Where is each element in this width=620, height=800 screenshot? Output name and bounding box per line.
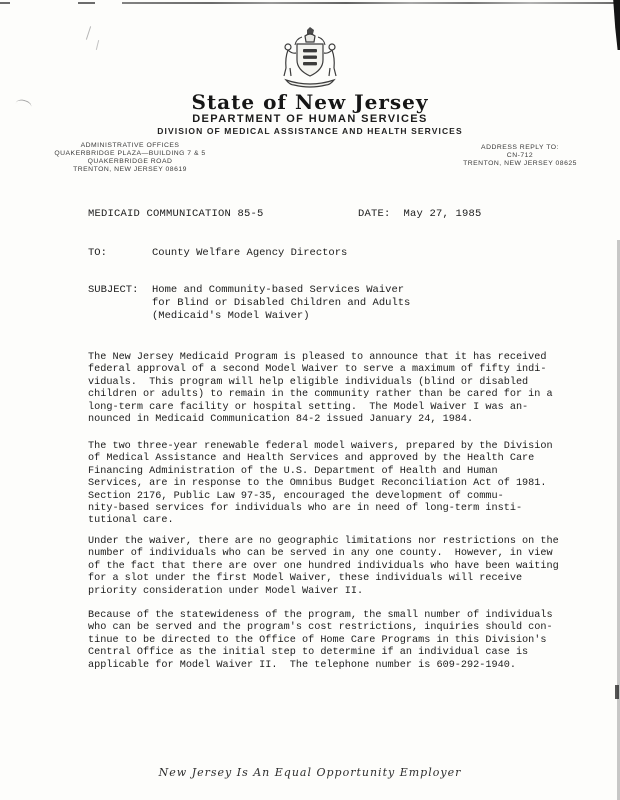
body-paragraph: The New Jersey Medicaid Program is pleas…: [88, 352, 574, 426]
scan-artifact-dash: [78, 2, 95, 4]
department-name: DEPARTMENT OF HUMAN SERVICES: [0, 113, 620, 125]
reply-address: ADDRESS REPLY TO: CN-712 TRENTON, NEW JE…: [428, 144, 612, 168]
scan-artifact-slash: [96, 40, 99, 50]
communication-number: MEDICAID COMMUNICATION 85-5: [88, 208, 264, 220]
date-line: DATE: May 27, 1985: [358, 208, 482, 220]
division-name: DIVISION OF MEDICAL ASSISTANCE AND HEALT…: [0, 126, 620, 136]
new-jersey-state-seal-icon: [260, 24, 360, 94]
to-value: County Welfare Agency Directors: [152, 247, 347, 259]
document-page: State of New Jersey DEPARTMENT OF HUMAN …: [0, 0, 620, 800]
subject-label: SUBJECT:: [88, 284, 138, 296]
scan-artifact-edge-mark: [615, 685, 619, 699]
scan-artifact-corner-mark: [612, 0, 620, 50]
scan-artifact-slash: [86, 26, 91, 40]
administrative-offices-address: ADMINISTRATIVE OFFICES QUAKERBRIDGE PLAZ…: [28, 142, 232, 174]
state-title: State of New Jersey: [0, 92, 620, 112]
subject-value: Home and Community-based Services Waiver…: [152, 284, 410, 323]
scan-artifact-top-line: [122, 2, 620, 4]
body-paragraph: Under the waiver, there are no geographi…: [88, 536, 574, 598]
to-label: TO:: [88, 247, 107, 259]
body-paragraph: The two three-year renewable federal mod…: [88, 441, 574, 528]
body-paragraph: Because of the statewideness of the prog…: [88, 610, 574, 672]
scan-artifact-dash: [0, 2, 10, 4]
equal-opportunity-footer: New Jersey Is An Equal Opportunity Emplo…: [0, 766, 620, 779]
